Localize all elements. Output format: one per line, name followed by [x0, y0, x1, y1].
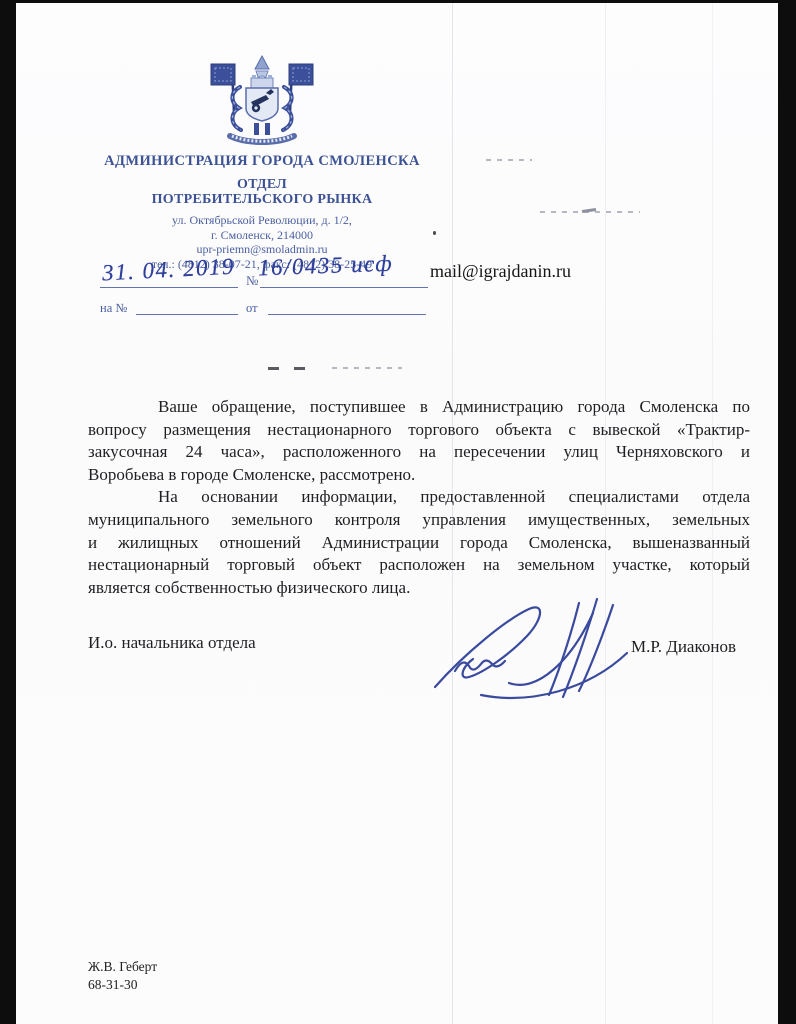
- body-line: Воробьева в городе Смоленске, рассмотрен…: [88, 464, 750, 487]
- body-line: муниципального земельного контроля управ…: [88, 509, 750, 532]
- reference-block: 31. 04. 2019 № 16/0435 исф на № от: [100, 259, 436, 319]
- recipient-email: mail@igrajdanin.ru: [430, 261, 571, 282]
- letterhead: АДМИНИСТРАЦИЯ ГОРОДА СМОЛЕНСКА ОТДЕЛ ПОТ…: [98, 55, 426, 271]
- reply-reference-row: на № от: [100, 299, 436, 319]
- reply-date-label: от: [246, 301, 258, 316]
- executor-block: Ж.В. Геберт 68-31-30: [88, 958, 157, 994]
- document-page: АДМИНИСТРАЦИЯ ГОРОДА СМОЛЕНСКА ОТДЕЛ ПОТ…: [16, 3, 778, 1024]
- body-line: и жилищных отношений Администрации город…: [88, 532, 750, 555]
- letter-body: Ваше обращение, поступившее в Администра…: [88, 396, 750, 599]
- number-underline: [260, 287, 428, 288]
- organization-name: АДМИНИСТРАЦИЯ ГОРОДА СМОЛЕНСКА: [98, 153, 426, 170]
- redacted-text-remnant: [332, 367, 402, 369]
- smolensk-coat-of-arms-icon: [202, 55, 322, 147]
- redacted-text-remnant: [294, 367, 305, 370]
- date-underline: [100, 287, 238, 288]
- scan-border-left: [0, 0, 16, 1024]
- reply-number-underline: [136, 314, 238, 315]
- department-line-2: ПОТРЕБИТЕЛЬСКОГО РЫНКА: [98, 192, 426, 207]
- scan-border-right: [778, 0, 796, 1024]
- handwritten-signature-icon: [421, 591, 651, 709]
- executor-name: Ж.В. Геберт: [88, 958, 157, 976]
- scanned-letter: АДМИНИСТРАЦИЯ ГОРОДА СМОЛЕНСКА ОТДЕЛ ПОТ…: [0, 0, 796, 1024]
- executor-phone: 68-31-30: [88, 976, 157, 994]
- signer-position: И.о. начальника отдела: [88, 633, 256, 653]
- handwritten-date: 31. 04. 2019: [101, 254, 235, 287]
- address-city: г. Смоленск, 214000: [98, 228, 426, 243]
- body-line: Ваше обращение, поступившее в Администра…: [88, 396, 750, 419]
- body-line: нестационарный торговый объект расположе…: [88, 554, 750, 577]
- department-line-1: ОТДЕЛ: [98, 177, 426, 192]
- body-line: закусочная 24 часа», расположенного на п…: [88, 441, 750, 464]
- body-line: На основании информации, предоставленной…: [88, 486, 750, 509]
- ink-speck: [433, 231, 436, 235]
- signer-name: М.Р. Диаконов: [631, 637, 736, 657]
- number-sign-label: №: [246, 273, 258, 289]
- body-line: вопросу размещения нестационарного торго…: [88, 419, 750, 442]
- redacted-text-remnant: [486, 159, 532, 161]
- date-number-row: 31. 04. 2019 № 16/0435 исф: [100, 259, 436, 293]
- scan-border-top: [0, 0, 796, 3]
- handwritten-outgoing-number: 16/0435 исф: [258, 251, 394, 282]
- address-street: ул. Октябрьской Революции, д. 1/2,: [98, 213, 426, 228]
- redacted-text-remnant: [268, 367, 279, 370]
- reply-date-underline: [268, 314, 426, 315]
- reply-number-label: на №: [100, 301, 127, 316]
